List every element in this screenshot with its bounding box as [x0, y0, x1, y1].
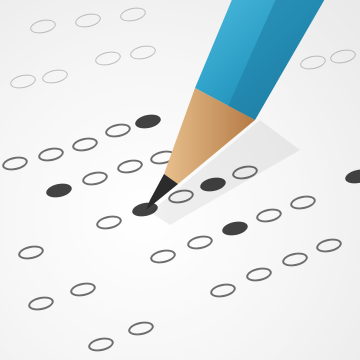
pencil-icon — [0, 0, 360, 360]
answer-sheet-photo — [0, 0, 360, 360]
